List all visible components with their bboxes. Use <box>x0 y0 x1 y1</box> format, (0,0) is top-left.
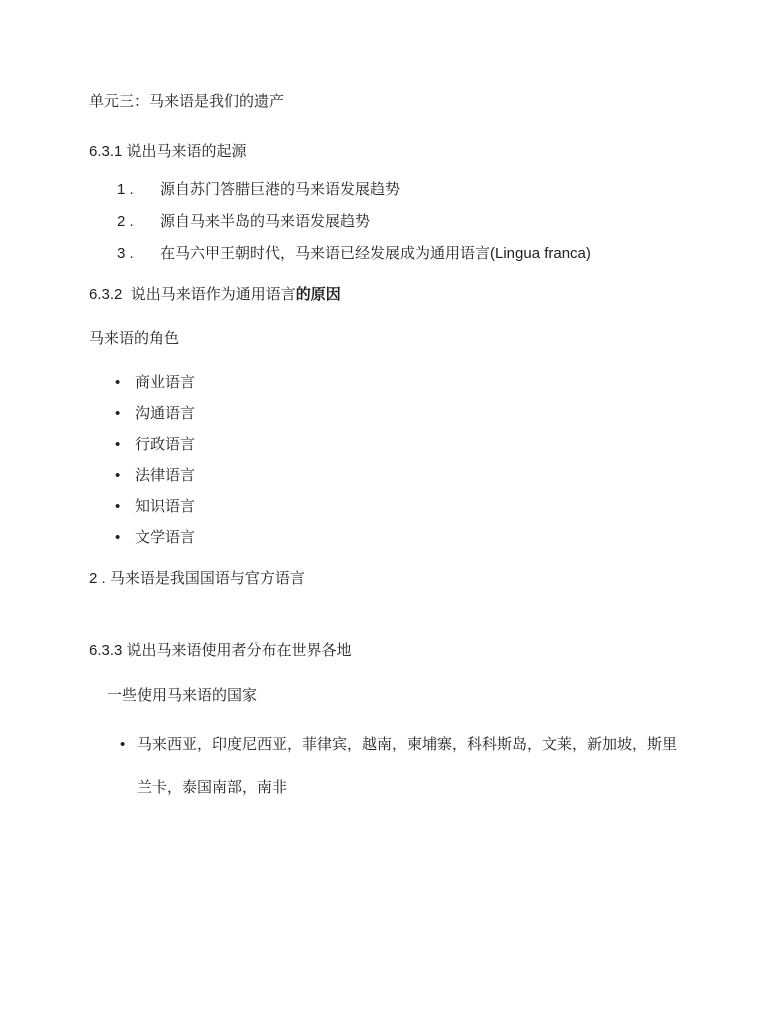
list-text: 文学语言 <box>135 528 195 548</box>
bullet-icon: • <box>120 723 137 809</box>
list-number: 1 . <box>117 180 160 200</box>
heading-6-3-3: 6.3.3 说出马来语使用者分布在世界各地 <box>89 641 684 661</box>
origin-numbered-list: 1 . 源自苏门答腊巨港的马来语发展趋势 2 . 源自马来半岛的马来语发展趋势 … <box>89 180 684 264</box>
countries-list-item: • 马来西亚，印度尼西亚，菲律宾，越南，柬埔寨，科科斯岛，文莱，新加坡，斯里兰卡… <box>89 723 684 809</box>
list-item: 1 . 源自苏门答腊巨港的马来语发展趋势 <box>89 180 684 200</box>
bullet-icon: • <box>115 466 135 486</box>
bullet-icon: • <box>115 528 135 548</box>
bullet-icon: • <box>115 404 135 424</box>
roles-bullet-list: • 商业语言 • 沟通语言 • 行政语言 • 法律语言 • 知识语言 • 文学语… <box>89 373 684 548</box>
list-item: • 商业语言 <box>89 373 684 393</box>
document-page: 单元三：马来语是我们的遗产 6.3.1 说出马来语的起源 1 . 源自苏门答腊巨… <box>0 0 768 1024</box>
list-item: 3 . 在马六甲王朝时代，马来语已经发展成为通用语言(Lingua franca… <box>89 244 684 264</box>
bullet-icon: • <box>115 435 135 455</box>
list-item: • 法律语言 <box>89 466 684 486</box>
list-text: 行政语言 <box>135 435 195 455</box>
list-text: 源自马来半岛的马来语发展趋势 <box>160 212 370 232</box>
heading-6-3-2-regular: 6.3.2 说出马来语作为通用语言 <box>89 286 296 303</box>
list-item: • 行政语言 <box>89 435 684 455</box>
list-text: 法律语言 <box>135 466 195 486</box>
countries-label: 一些使用马来语的国家 <box>89 686 684 706</box>
national-language-note: 2 . 马来语是我国国语与官方语言 <box>89 569 684 589</box>
list-number: 3 . <box>117 244 160 264</box>
list-text: 知识语言 <box>135 497 195 517</box>
roles-label: 马来语的角色 <box>89 329 684 349</box>
heading-6-3-2-bold: 的原因 <box>296 286 341 303</box>
list-text: 商业语言 <box>135 373 195 393</box>
list-item: • 文学语言 <box>89 528 684 548</box>
list-item: • 知识语言 <box>89 497 684 517</box>
bullet-icon: • <box>115 497 135 517</box>
list-item: • 沟通语言 <box>89 404 684 424</box>
unit-title: 单元三：马来语是我们的遗产 <box>89 92 684 112</box>
list-item: 2 . 源自马来半岛的马来语发展趋势 <box>89 212 684 232</box>
list-text: 沟通语言 <box>135 404 195 424</box>
bullet-icon: • <box>115 373 135 393</box>
list-text: 源自苏门答腊巨港的马来语发展趋势 <box>160 180 400 200</box>
countries-text: 马来西亚，印度尼西亚，菲律宾，越南，柬埔寨，科科斯岛，文莱，新加坡，斯里兰卡，泰… <box>137 723 678 809</box>
heading-6-3-1: 6.3.1 说出马来语的起源 <box>89 142 684 162</box>
heading-6-3-2: 6.3.2 说出马来语作为通用语言的原因 <box>89 285 684 305</box>
list-number: 2 . <box>117 212 160 232</box>
list-text: 在马六甲王朝时代，马来语已经发展成为通用语言(Lingua franca) <box>160 244 591 264</box>
